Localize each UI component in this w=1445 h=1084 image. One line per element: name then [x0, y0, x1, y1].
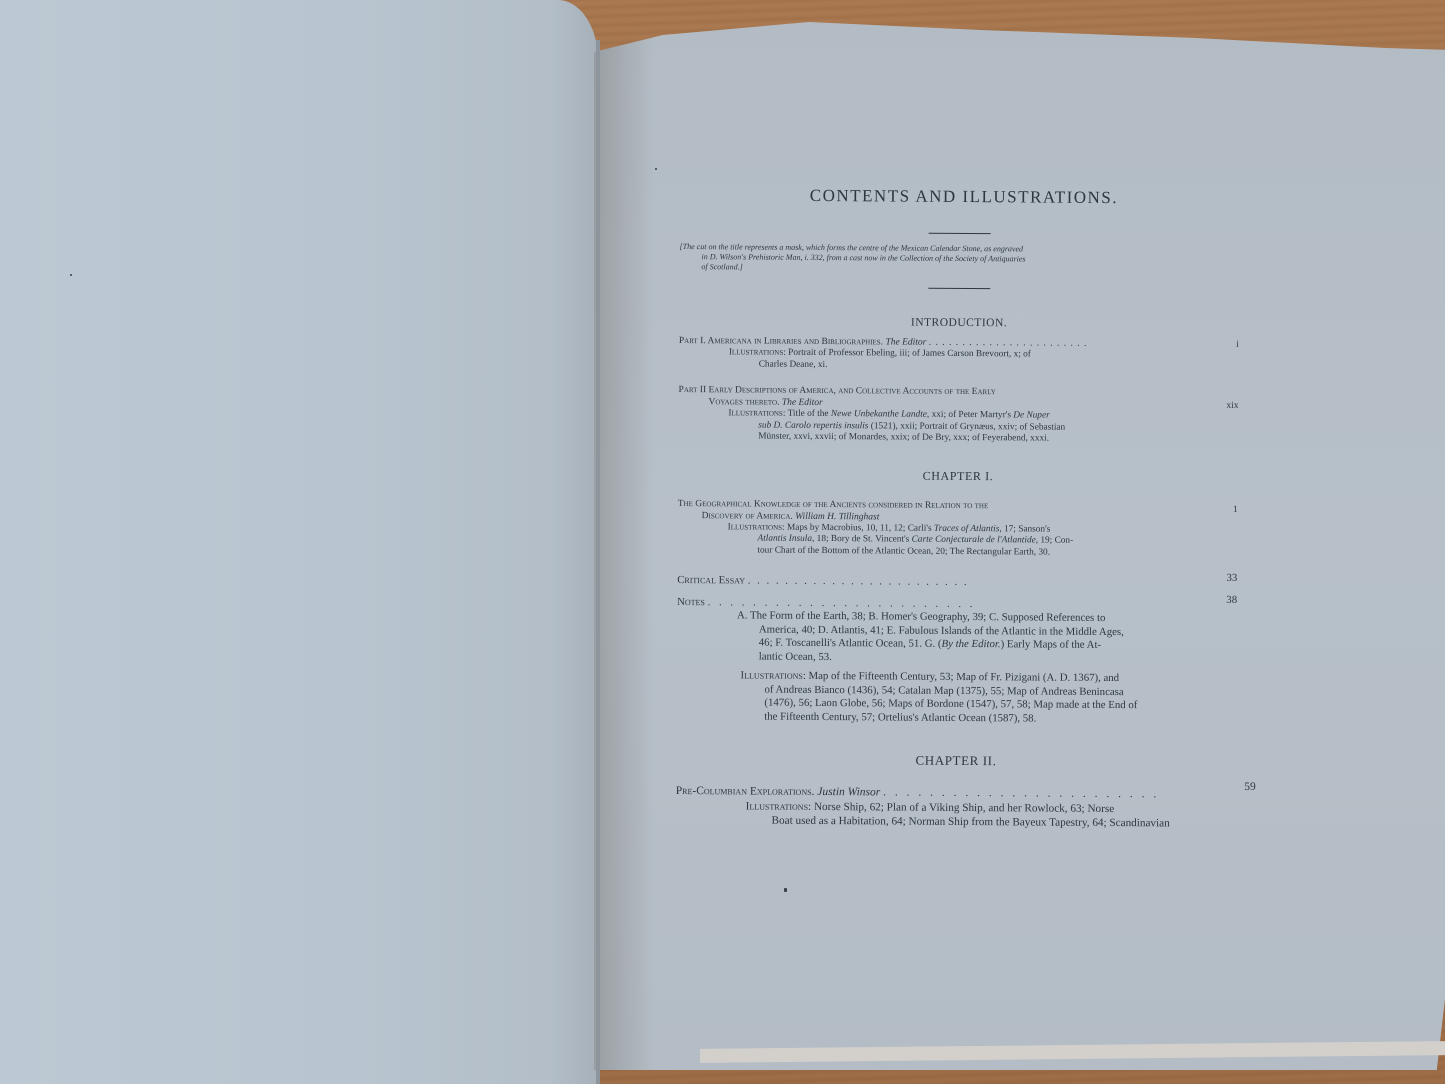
page-number: 33 — [1226, 572, 1237, 586]
paper-speck — [70, 274, 72, 276]
chapter2-heading: CHAPTER II. — [676, 751, 1236, 771]
toc-entry-chapter1: The Geographical Knowledge of the Ancien… — [678, 497, 1238, 525]
illustrations-text: Münster, xxvi, xxvii; of Monardes, xxix;… — [728, 431, 1238, 446]
page-number: 59 — [1244, 781, 1256, 795]
notes-list: A. The Form of the Earth, 38; B. Homer's… — [677, 609, 1237, 667]
illustrations-text: Traces of Atlantis — [934, 523, 1000, 533]
divider — [928, 288, 990, 289]
illustrations-text: Charles Deane, xi. — [729, 359, 1239, 374]
illustrations-text: , 17; Sanson's — [999, 524, 1050, 534]
entry-title: The Geographical Knowledge of the Ancien… — [678, 498, 989, 510]
illustrations-text: Atlantis Insula — [757, 534, 812, 544]
illustrations-part1: Illustrations: Portrait of Professor Ebe… — [679, 347, 1239, 374]
entry-author: The Editor — [782, 398, 823, 408]
illustrations-text: , 19; Con- — [1036, 535, 1074, 545]
paper-speck — [784, 888, 787, 892]
entry-author: Justin Winsor — [817, 786, 880, 798]
illustrations-text: Portrait of Professor Ebeling, iii; of J… — [788, 348, 1031, 360]
dot-leader: . . . . . . . . . . . . . . . . . . . . … — [748, 574, 969, 588]
entry-title: Americana in Libraries and Bibliographie… — [708, 336, 884, 347]
page-number: i — [1236, 339, 1239, 351]
notes-text: By the Editor. — [942, 638, 1001, 650]
part-label: Part II — [679, 385, 707, 395]
entry-author: William H. Tillinghast — [795, 511, 879, 522]
entry-title: Critical Essay — [677, 574, 745, 586]
illustrations-label: Illustrations: — [746, 800, 812, 812]
illustrations-text: (1521), xxii; Portrait of Grynæus, xxiv;… — [868, 421, 1065, 432]
dot-leader: . . . . . . . . . . . . . . . . . . . . … — [883, 786, 1159, 800]
page-title: CONTENTS AND ILLUSTRATIONS. — [680, 185, 1240, 209]
illustrations-part2: Illustrations: Title of the Newe Unbekan… — [678, 408, 1238, 446]
left-blank-page — [0, 0, 598, 1084]
illustrations-label: Illustrations: — [728, 522, 785, 532]
illustrations-text: sub D. Carolo repertis insulis — [758, 420, 868, 431]
entry-title: Pre-Columbian Explorations. — [676, 785, 815, 798]
illustrations-text: the Fifteenth Century, 57; Ortelius's At… — [740, 710, 1236, 727]
illustrations-text: , 18; Bory de St. Vincent's — [812, 534, 912, 545]
illustrations-text: Norse Ship, 62; Plan of a Viking Ship, a… — [814, 800, 1114, 814]
dot-leader: . . . . . . . . . . . . . . . . . . . . … — [708, 596, 976, 610]
notes-text: lantic Ocean, 53. — [737, 650, 1237, 667]
illustrations-text: tour Chart of the Bottom of the Atlantic… — [727, 545, 1237, 560]
page-number: xix — [1226, 400, 1238, 412]
illustrations-label: Illustrations: — [741, 669, 806, 681]
illustrations-chapter1: Illustrations: Maps by Macrobius, 10, 11… — [677, 521, 1237, 559]
illustrations-label: Illustrations: — [729, 347, 786, 357]
illustrations-text: De Nuper — [1013, 410, 1049, 420]
illustrations-label: Illustrations: — [728, 408, 785, 418]
page-number: 38 — [1226, 593, 1237, 607]
illustrations-text: Newe Unbekanthe Landte — [831, 409, 927, 420]
illustrations-text: Carte Conjecturale de l'Atlantide — [912, 535, 1036, 546]
entry-title: Early Descriptions of America, and Colle… — [708, 385, 995, 397]
illustrations-text: Maps by Macrobius, 10, 11, 12; Carli's — [787, 522, 934, 533]
illustrations-text: , xxi; of Peter Martyr's — [927, 410, 1013, 421]
paper-speck — [655, 168, 657, 170]
illustrations-notes: Illustrations: Map of the Fifteenth Cent… — [676, 669, 1236, 727]
title-cut-note: [The cut on the title represents a mask,… — [679, 232, 1239, 276]
contents-page: CONTENTS AND ILLUSTRATIONS. [The cut on … — [676, 185, 1240, 830]
entry-title: Discovery of America. — [678, 510, 793, 521]
notes-text: ) Early Maps of the At- — [1001, 638, 1102, 651]
chapter1-heading: CHAPTER I. — [678, 466, 1238, 485]
book-gutter — [596, 40, 600, 1084]
toc-entry-part2: Part II Early Descriptions of America, a… — [678, 384, 1238, 412]
entry-title: Notes — [677, 595, 705, 607]
toc-entry-critical-essay: Critical Essay . . . . . . . . . . . . .… — [677, 574, 1237, 591]
entry-author: The Editor — [885, 337, 926, 347]
part-label: Part I. — [679, 336, 706, 346]
page-number: 1 — [1233, 503, 1238, 515]
introduction-heading: INTRODUCTION. — [679, 315, 1239, 331]
dot-leader: . . . . . . . . . . . . . . . . . . . . … — [929, 338, 1088, 349]
entry-title: Voyages thereto. — [678, 397, 779, 408]
illustrations-text: Map of the Fifteenth Century, 53; Map of… — [809, 670, 1120, 684]
illustrations-text: Title of the — [788, 409, 831, 419]
notes-text: 46; F. Toscanelli's Atlantic Ocean, 51. … — [759, 637, 942, 650]
illustrations-chapter2: Illustrations: Norse Ship, 62; Plan of a… — [676, 798, 1236, 830]
